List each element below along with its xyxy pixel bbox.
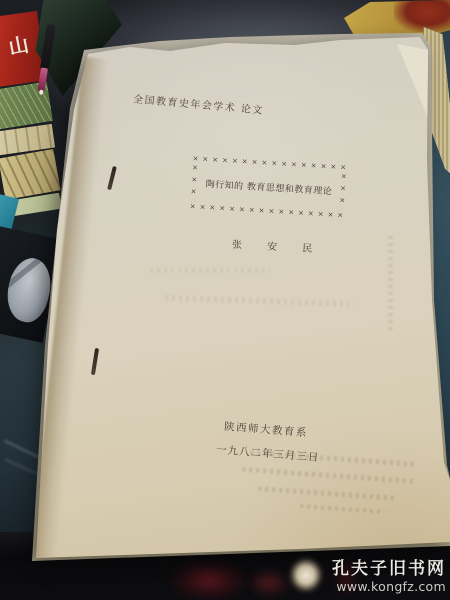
- bleed-through-text: [388, 235, 393, 330]
- title-box-border-top: ××××××××××××××××××××: [192, 154, 346, 171]
- bleed-through-text: [300, 504, 385, 514]
- institution: 陕西师大教育系: [224, 419, 309, 441]
- paper-stack: 全国教育史年会学术 论文 ×××××××××××××××××××× ×××× 陶…: [0, 0, 450, 600]
- paper-cover-page: 全国教育史年会学术 论文 ×××××××××××××××××××× ×××× 陶…: [0, 0, 450, 600]
- watermark: 孔夫子旧书网 www.kongfz.com: [332, 554, 446, 594]
- conference-label: 全国教育史年会学术 论文: [133, 90, 265, 116]
- page-edge-strip: [30, 57, 109, 563]
- bleed-through-text: [150, 268, 270, 273]
- document-title: 陶行知的 教育思想和教育理论: [197, 176, 342, 198]
- bleed-through-text: [258, 486, 398, 501]
- title-box: ×××××××××××××××××××× ×××× 陶行知的 教育思想和教育理论…: [186, 154, 349, 219]
- title-box-border-bottom: ××××××××××××××××××××: [189, 202, 343, 219]
- bleed-through-text: [242, 467, 417, 484]
- watermark-site-url: www.kongfz.com: [332, 579, 446, 594]
- watermark-site-name: 孔夫子旧书网: [332, 554, 446, 579]
- bleed-through-text: [165, 295, 355, 308]
- staple-top: [107, 166, 116, 190]
- author-name: 张 安 民: [232, 236, 324, 256]
- title-box-border-right: ××××: [337, 172, 348, 210]
- staple-bottom: [91, 348, 99, 375]
- photo-scene: 山 全国教育史年会学术 论文 ×××××××××××××××××××× ××××: [0, 0, 450, 600]
